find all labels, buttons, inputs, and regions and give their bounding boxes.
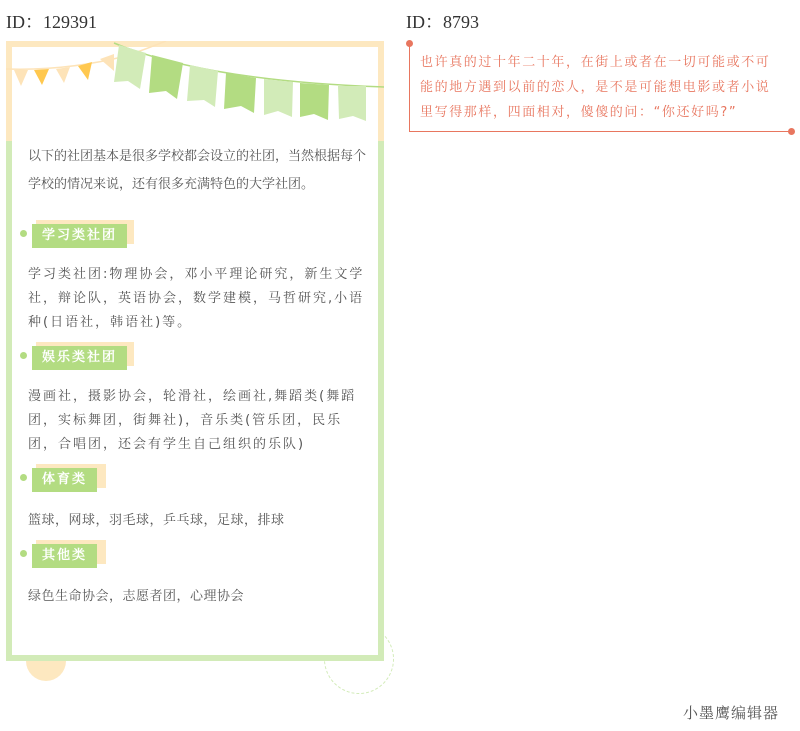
quote-border-horizontal: [409, 131, 791, 132]
bunting-decoration-icon: [6, 41, 384, 131]
template-id-label: ID：8793: [406, 8, 479, 34]
section-tag: 其他类: [32, 544, 97, 568]
section-body: 漫画社，摄影协会，轮滑社，绘画社,舞蹈类(舞蹈团，实标舞团，街舞社)，音乐类(管…: [28, 385, 368, 457]
section-body: 绿色生命协会，志愿者团，心理协会: [28, 585, 368, 609]
section-tag: 体育类: [32, 468, 97, 492]
bullet-dot-icon: [20, 474, 27, 481]
template-id-label: ID：129391: [6, 8, 97, 34]
quote-border-vertical: [409, 43, 410, 131]
bullet-dot-icon: [20, 230, 27, 237]
section-tag: 学习类社团: [32, 224, 127, 248]
club-intro-card[interactable]: 以下的社团基本是很多学校都会设立的社团，当然根据每个学校的情况来说，还有很多充满…: [6, 41, 384, 661]
intro-paragraph: 以下的社团基本是很多学校都会设立的社团，当然根据每个学校的情况来说，还有很多充满…: [28, 141, 368, 199]
section-heading-sports: 体育类: [28, 463, 368, 497]
section-heading-entertainment: 娱乐类社团: [28, 341, 368, 375]
quote-text: 也许真的过十年二十年，在街上或者在一切可能或不可能的地方遇到以前的恋人，是不是可…: [420, 50, 784, 125]
section-body: 学习类社团:物理协会，邓小平理论研究，新生文学社，辩论队，英语协会，数学建模，马…: [28, 263, 368, 335]
section-heading-other: 其他类: [28, 539, 368, 573]
section-tag: 娱乐类社团: [32, 346, 127, 370]
bullet-dot-icon: [20, 550, 27, 557]
section-body: 篮球，网球，羽毛球，乒乓球，足球，排球: [28, 509, 368, 533]
section-heading-study: 学习类社团: [28, 219, 368, 253]
quote-dot-icon: [406, 40, 413, 47]
quote-card[interactable]: 也许真的过十年二十年，在街上或者在一切可能或不可能的地方遇到以前的恋人，是不是可…: [409, 43, 791, 132]
editor-brand-label: 小墨鹰编辑器: [683, 702, 779, 723]
card-content: 以下的社团基本是很多学校都会设立的社团，当然根据每个学校的情况来说，还有很多充满…: [28, 141, 368, 609]
bullet-dot-icon: [20, 352, 27, 359]
quote-dot-icon: [788, 128, 795, 135]
